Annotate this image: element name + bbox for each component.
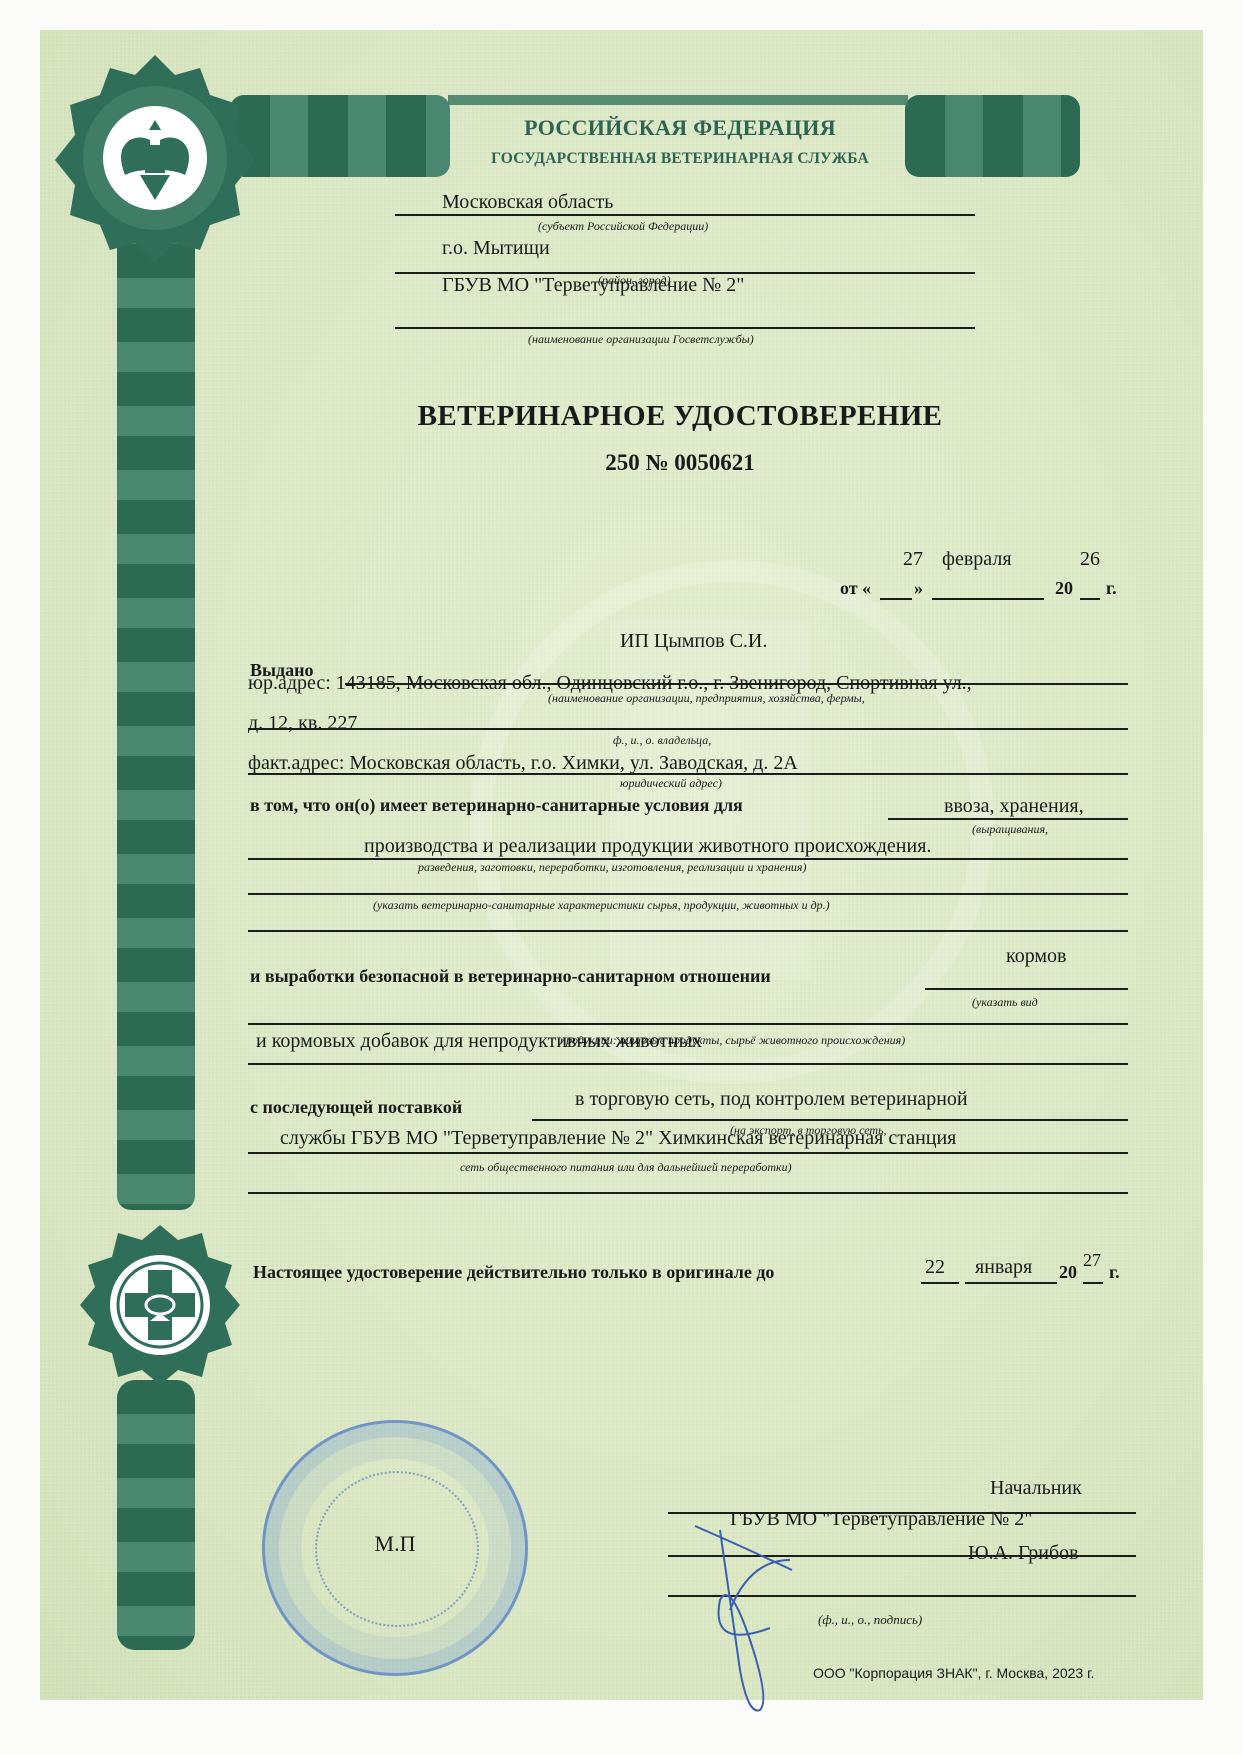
production-value-1: кормов: [1006, 945, 1067, 968]
top-ornament-band-right: [905, 95, 1080, 177]
production-line-3: [248, 1063, 1128, 1065]
signatory-name: Ю.А. Грибов: [968, 1542, 1079, 1565]
signatory-position: Начальник: [990, 1477, 1082, 1500]
delivery-line-3: [248, 1192, 1128, 1194]
validity-day-line: [921, 1282, 959, 1284]
country-heading: РОССИЙСКАЯ ФЕДЕРАЦИЯ: [455, 115, 905, 141]
year-line: [1080, 598, 1100, 600]
top-ornament-band-left: [230, 95, 450, 177]
conditions-hint-2: разведения, заготовки, переработки, изго…: [418, 860, 807, 875]
validity-label: Настоящее удостоверение действительно то…: [253, 1262, 774, 1283]
printer-imprint: ООО "Корпорация ЗНАК", г. Москва, 2023 г…: [813, 1665, 1094, 1681]
holder-line-3: [248, 773, 1128, 775]
service-heading: ГОСУДАРСТВЕННАЯ ВЕТЕРИНАРНАЯ СЛУЖБА: [450, 150, 910, 168]
left-ornament-band: [117, 180, 195, 1210]
validity-day: 22: [925, 1256, 945, 1279]
delivery-label: с последующей поставкой: [250, 1097, 462, 1118]
left-ornament-band-lower: [117, 1380, 195, 1650]
date-mid: »: [914, 578, 923, 599]
organization-hint: (наименование организации Госветслужбы): [528, 332, 754, 347]
holder-name: ИП Цымпов С.И.: [620, 630, 767, 653]
validity-year: 27: [1083, 1250, 1101, 1271]
coat-of-arms-emblem-icon: [50, 50, 260, 265]
delivery-line-1: [532, 1119, 1128, 1121]
holder-hint-3: юридический адрес): [620, 776, 722, 791]
actual-address: факт.адрес: Московская область, г.о. Хим…: [248, 752, 798, 775]
issuer-region: Московская область: [442, 191, 613, 214]
production-label: и выработки безопасной в ветеринарно-сан…: [250, 966, 771, 987]
document-number: 250 № 0050621: [300, 450, 1060, 476]
delivery-line-2: [248, 1152, 1128, 1154]
day-line: [880, 598, 912, 600]
document-title: ВЕТЕРИНАРНОЕ УДОСТОВЕРЕНИЕ: [300, 400, 1060, 433]
conditions-line-1: [888, 818, 1128, 820]
issue-month: февраля: [942, 548, 1012, 571]
issuer-organization: ГБУВ МО "Терветуправление № 2": [442, 274, 744, 297]
month-line: [932, 598, 1044, 600]
validity-year-prefix: 20: [1059, 1262, 1077, 1283]
delivery-value-1: в торговую сеть, под контролем ветеринар…: [575, 1088, 968, 1111]
conditions-line-4: [248, 930, 1128, 932]
production-line-1: [925, 988, 1128, 990]
date-prefix: от «: [840, 578, 871, 599]
issuer-district: г.о. Мытищи: [442, 237, 550, 260]
production-hint-2: продукции: пищевые продукты, сырьё живот…: [560, 1033, 905, 1048]
conditions-hint-3: (указать ветеринарно-санитарные характер…: [373, 898, 830, 913]
production-line-2: [248, 1023, 1128, 1025]
conditions-value-1: ввоза, хранения,: [944, 795, 1084, 818]
conditions-value-2: производства и реализации продукции живо…: [364, 835, 931, 858]
validity-year-line: [1083, 1282, 1103, 1284]
date-suffix: г.: [1106, 578, 1117, 599]
region-line: [395, 214, 975, 216]
veterinary-cross-medal-icon: [80, 1225, 240, 1385]
conditions-line-3: [248, 893, 1128, 895]
organization-line: [395, 327, 975, 329]
handwritten-signature: [690, 1520, 840, 1720]
conditions-hint-1: (выращивания,: [972, 822, 1048, 837]
validity-suffix: г.: [1109, 1262, 1120, 1283]
date-year-prefix: 20: [1055, 578, 1073, 599]
holder-hint-1: (наименование организации, предприятия, …: [548, 691, 865, 706]
holder-hint-2: ф., и., о. владельца,: [613, 733, 711, 748]
top-ornament-strip: [448, 95, 908, 105]
official-seal-stamp: М.П: [262, 1420, 528, 1676]
issue-day: 27: [903, 548, 923, 571]
conditions-label: в том, что он(о) имеет ветеринарно-санит…: [250, 795, 743, 816]
seal-label: М.П: [265, 1531, 525, 1557]
validity-month-line: [965, 1282, 1057, 1284]
validity-month: января: [975, 1256, 1032, 1279]
production-hint-1: (указать вид: [972, 995, 1038, 1010]
region-hint: (субъект Российской Федерации): [538, 219, 708, 234]
holder-line-2: [248, 728, 1128, 730]
delivery-value-2: службы ГБУВ МО "Терветуправление № 2" Хи…: [280, 1127, 956, 1150]
issue-year: 26: [1080, 548, 1100, 571]
legal-address-2: д. 12, кв. 227: [248, 712, 357, 735]
delivery-hint-2: сеть общественного питания или для дальн…: [460, 1160, 792, 1175]
